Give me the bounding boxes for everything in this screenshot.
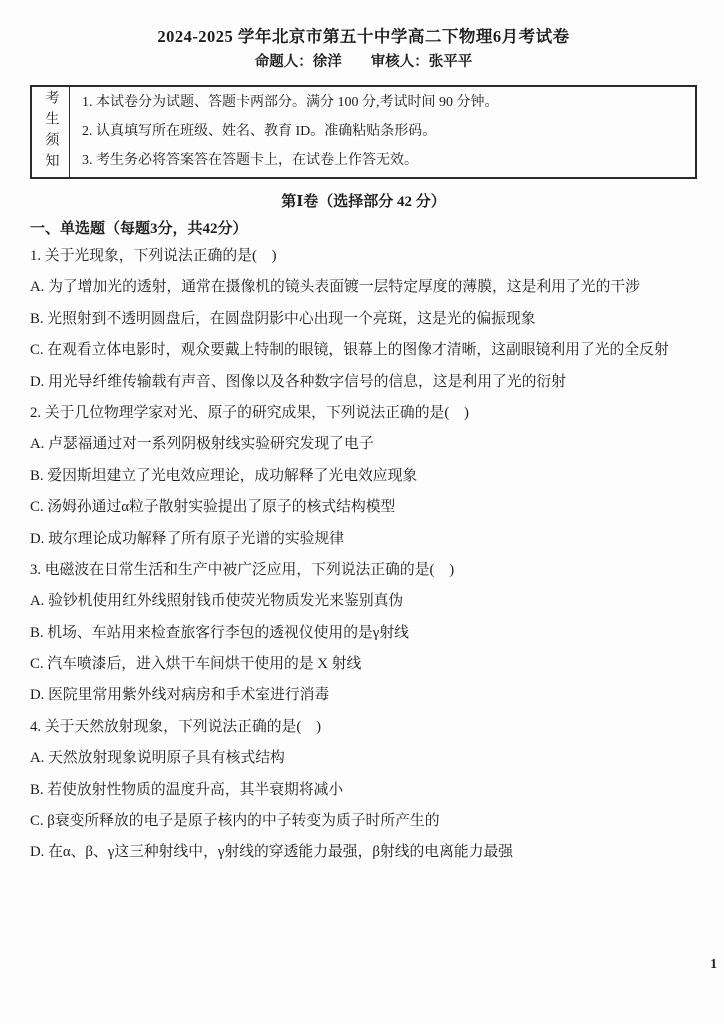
question-4-option-b: B. 若使放射性物质的温度升高，其半衰期将减小 [30, 775, 697, 806]
question-3-option-d: D. 医院里常用紫外线对病房和手术室进行消毒 [30, 680, 697, 711]
question-4-option-c: C. β衰变所释放的电子是原子核内的中子转变为质子时所产生的 [30, 806, 697, 837]
question-2-option-d: D. 玻尔理论成功解释了所有原子光谱的实验规律 [30, 524, 697, 555]
authors-line: 命题人：徐洋 审核人：张平平 [30, 52, 697, 72]
question-1-option-b: B. 光照射到不透明圆盘后，在圆盘阴影中心出现一个亮斑，这是光的偏振现象 [30, 304, 697, 335]
question-3-option-a: A. 验钞机使用红外线照射钱币使荧光物质发光来鉴别真伪 [30, 586, 697, 617]
question-4-option-d: D. 在α、β、γ这三种射线中，γ射线的穿透能力最强，β射线的电离能力最强 [30, 837, 697, 868]
question-2-option-c: C. 汤姆孙通过α粒子散射实验提出了原子的核式结构模型 [30, 492, 697, 523]
question-3-stem: 3. 电磁波在日常生活和生产中被广泛应用，下列说法正确的是( ) [30, 555, 697, 586]
notice-side-label: 考生须知 [32, 90, 70, 174]
question-2-option-b: B. 爱因斯坦建立了光电效应理论，成功解释了光电效应现象 [30, 461, 697, 492]
notice-item: 2. 认真填写所在班级、姓名、教育 ID。准确粘贴条形码。 [82, 123, 695, 141]
subsection-title: 一、单选题（每题3分，共42分） [30, 218, 697, 240]
question-1-option-d: D. 用光导纤维传输载有声音、图像以及各种数字信号的信息，这是利用了光的衍射 [30, 367, 697, 398]
question-1-option-c: C. 在观看立体电影时，观众要戴上特制的眼镜，银幕上的图像才清晰，这副眼镜利用了… [30, 335, 697, 366]
questions-list: 1. 关于光现象，下列说法正确的是( ) A. 为了增加光的透射，通常在摄像机的… [30, 241, 697, 869]
question-2-option-a: A. 卢瑟福通过对一系列阴极射线实验研究发现了电子 [30, 429, 697, 460]
page-number: 1 [710, 956, 717, 972]
exam-page: 2024-2025 学年北京市第五十中学高二下物理6月考试卷 命题人：徐洋 审核… [0, 0, 724, 1024]
question-1-stem: 1. 关于光现象，下列说法正确的是( ) [30, 241, 697, 272]
page-title: 2024-2025 学年北京市第五十中学高二下物理6月考试卷 [30, 26, 697, 48]
question-2-stem: 2. 关于几位物理学家对光、原子的研究成果，下列说法正确的是( ) [30, 398, 697, 429]
notice-item: 3. 考生务必将答案答在答题卡上，在试卷上作答无效。 [82, 152, 695, 170]
question-1-option-a: A. 为了增加光的透射，通常在摄像机的镜头表面镀一层特定厚度的薄膜，这是利用了光… [30, 272, 697, 303]
question-3-option-b: B. 机场、车站用来检查旅客行李包的透视仪使用的是γ射线 [30, 618, 697, 649]
notice-side-label-cell: 考生须知 [32, 87, 70, 177]
question-3-option-c: C. 汽车喷漆后，进入烘干车间烘干使用的是 X 射线 [30, 649, 697, 680]
notice-items: 1. 本试卷分为试题、答题卡两部分。满分 100 分,考试时间 90 分钟。 2… [70, 87, 695, 177]
question-4-stem: 4. 关于天然放射现象，下列说法正确的是( ) [30, 712, 697, 743]
examinee-notice-box: 考生须知 1. 本试卷分为试题、答题卡两部分。满分 100 分,考试时间 90 … [30, 85, 697, 179]
question-4-option-a: A. 天然放射现象说明原子具有核式结构 [30, 743, 697, 774]
notice-item: 1. 本试卷分为试题、答题卡两部分。满分 100 分,考试时间 90 分钟。 [82, 94, 695, 112]
part-title: 第Ⅰ卷（选择部分 42 分） [30, 191, 697, 213]
